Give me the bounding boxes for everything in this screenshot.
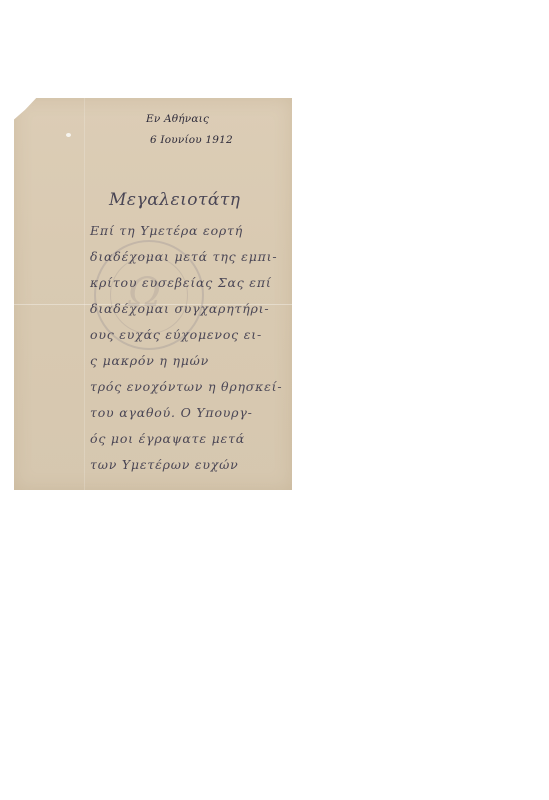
- letter-salutation: Μεγαλειοτάτη: [109, 190, 240, 210]
- letter-line: διαδέχομαι μετά της εμπι-: [90, 249, 277, 264]
- letter-paper: Ω Εν Αθήναις 6 Ιουνίου 1912 Μεγαλειοτάτη…: [14, 98, 292, 490]
- page-canvas: Ω Εν Αθήναις 6 Ιουνίου 1912 Μεγαλειοτάτη…: [0, 0, 549, 800]
- letter-line: των Υμετέρων ευχών: [90, 457, 239, 472]
- letter-line: ός μοι έγραψατε μετά: [90, 431, 245, 446]
- letter-line: κρίτου ευσεβείας Σας επί: [90, 275, 272, 290]
- pinhole-mark: [66, 133, 71, 137]
- letter-line: ους ευχάς εύχομενος ει-: [90, 327, 262, 342]
- letter-line: διαδέχομαι συγχαρητήρι-: [90, 301, 269, 316]
- letter-line: Επί τη Υμετέρα εορτή: [90, 223, 243, 238]
- letter-line: του αγαθού. Ο Υπουργ-: [90, 405, 253, 420]
- letter-place: Εν Αθήναις: [146, 113, 209, 125]
- letter-date: 6 Ιουνίου 1912: [150, 134, 233, 146]
- vertical-fold-line: [84, 98, 85, 490]
- letter-line: τρός ενοχόντων η θρησκεί-: [90, 379, 282, 394]
- letter-line: ς μακρόν η ημών: [90, 353, 209, 368]
